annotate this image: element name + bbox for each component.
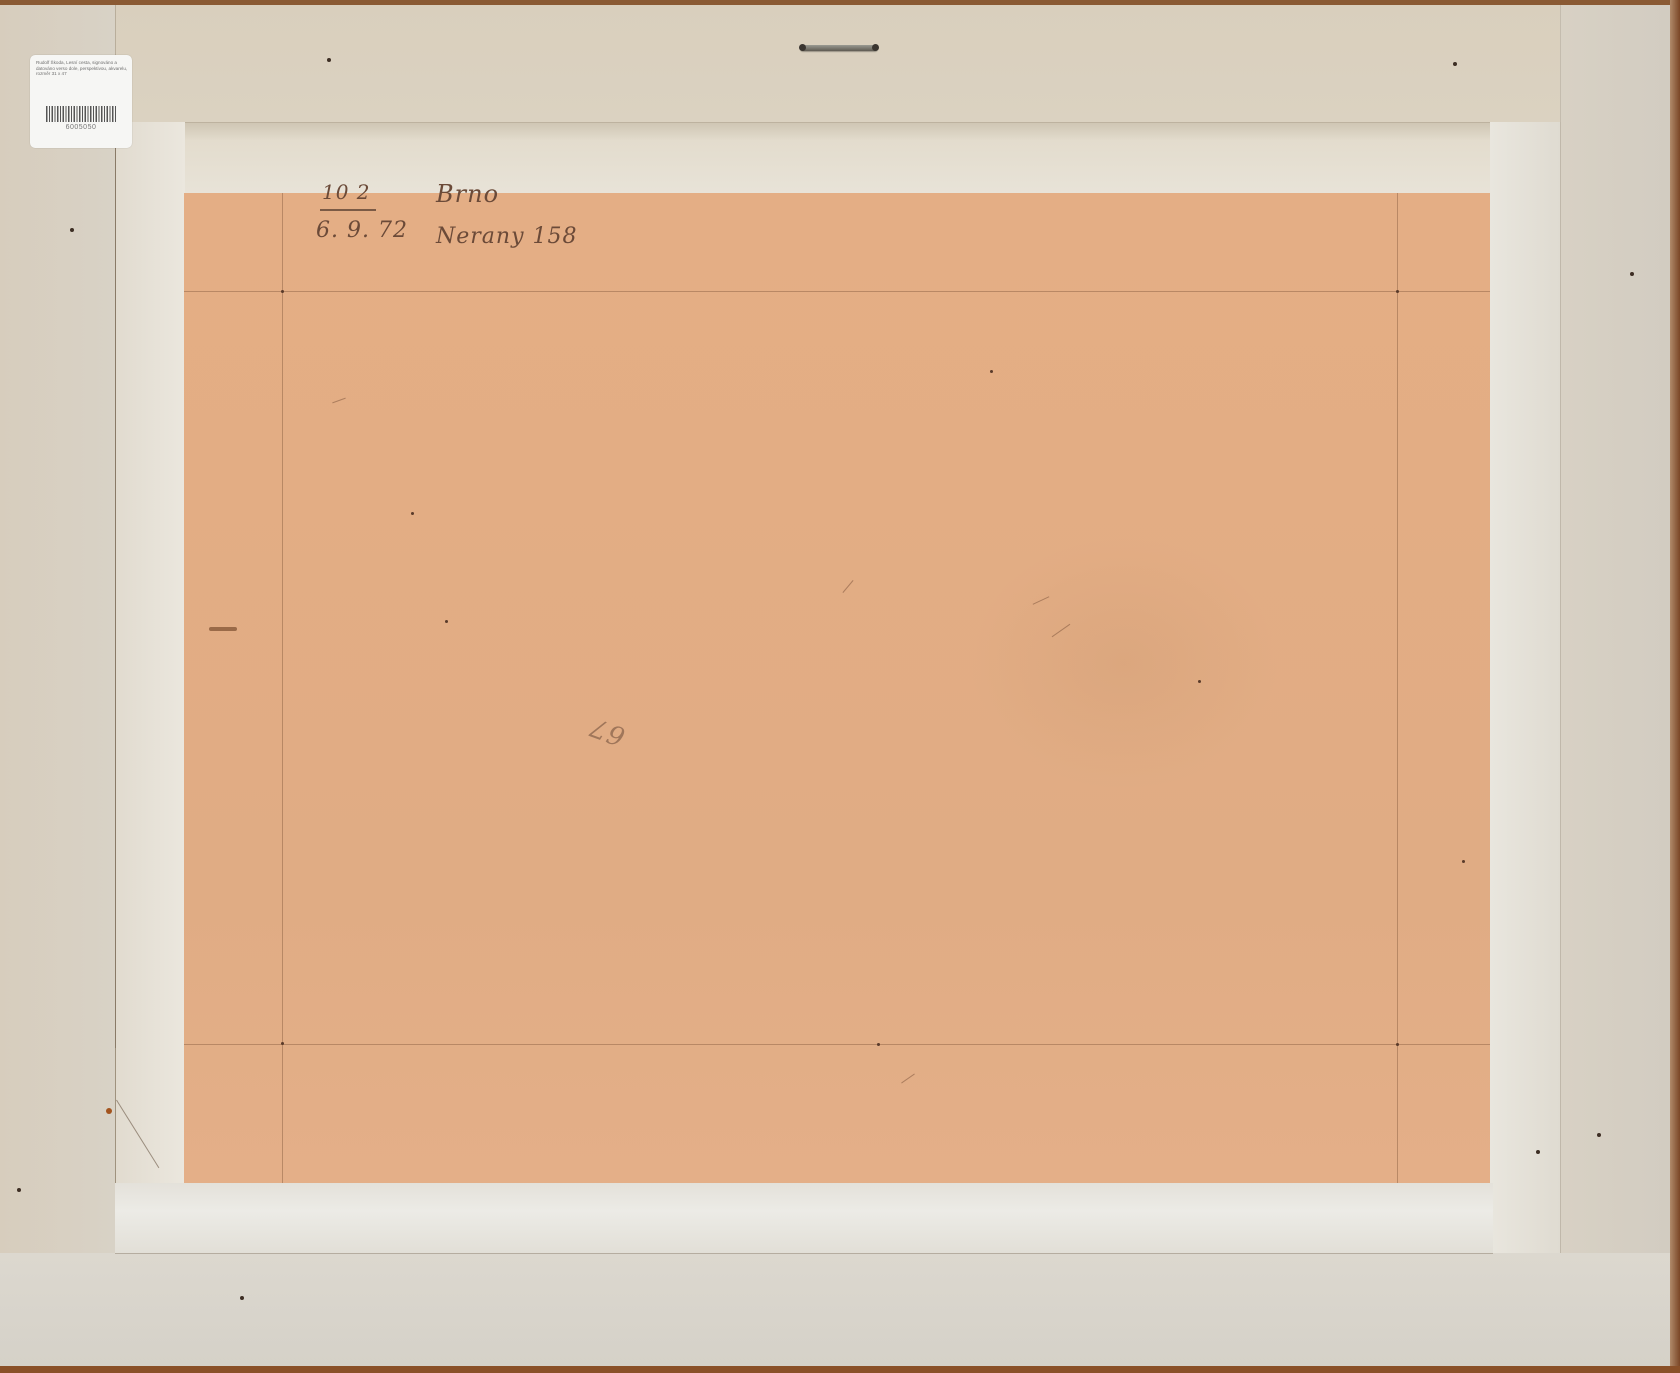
- board-left-strip: [0, 5, 116, 1366]
- paper-speck: [1462, 860, 1465, 863]
- hook-rivet: [872, 44, 879, 51]
- paper-speck: [1198, 680, 1201, 683]
- nail-icon: [1453, 62, 1457, 66]
- inscription-date: 6. 9. 72: [316, 218, 408, 243]
- inscription-place: Brno: [436, 180, 499, 208]
- nail-icon: [327, 58, 331, 62]
- frame-right-edge: [1670, 0, 1680, 1373]
- tape-right: [1490, 122, 1561, 1253]
- nail-icon: [240, 1296, 244, 1300]
- nail-icon: [1536, 1150, 1540, 1154]
- pencil-guide-left: [282, 193, 283, 1183]
- guide-intersection-dot: [281, 290, 284, 293]
- guide-intersection-dot: [1396, 290, 1399, 293]
- label-description: Rudolf Škoda, Lesní cesta, signováno a d…: [36, 60, 128, 77]
- guide-intersection-dot: [1396, 1043, 1399, 1046]
- inscription-number: 10 2: [322, 180, 371, 204]
- board-bottom-strip: [0, 1253, 1670, 1366]
- frame-bottom-edge: [0, 1366, 1680, 1373]
- inscription-address: Nerany 158: [436, 224, 577, 249]
- artwork-paper: [184, 193, 1490, 1183]
- rust-stain: [106, 1108, 112, 1114]
- barcode-icon: [46, 106, 116, 122]
- inventory-label: Rudolf Škoda, Lesní cesta, signováno a d…: [30, 55, 132, 148]
- paper-speck: [411, 512, 414, 515]
- nail-icon: [70, 228, 74, 232]
- pencil-guide-right: [1397, 193, 1398, 1183]
- hanging-hook-icon: [800, 45, 878, 51]
- nail-icon: [1597, 1133, 1601, 1137]
- tape-bottom: [115, 1183, 1493, 1254]
- board-right-strip: [1560, 5, 1671, 1366]
- board-crack: [115, 148, 116, 1048]
- paper-speck: [990, 370, 993, 373]
- nail-icon: [1630, 272, 1634, 276]
- paper-speck: [445, 620, 448, 623]
- guide-intersection-dot: [281, 1042, 284, 1045]
- guide-dot: [877, 1043, 880, 1046]
- hook-rivet: [799, 44, 806, 51]
- paper-mark: [209, 627, 237, 631]
- barcode-number: 6005050: [30, 124, 132, 131]
- nail-icon: [17, 1188, 21, 1192]
- pencil-guide-bottom: [184, 1044, 1490, 1045]
- tape-left: [115, 122, 185, 1253]
- pencil-guide-top: [184, 291, 1490, 292]
- inscription-fraction-bar: [320, 209, 376, 211]
- board-top-strip: [0, 5, 1670, 122]
